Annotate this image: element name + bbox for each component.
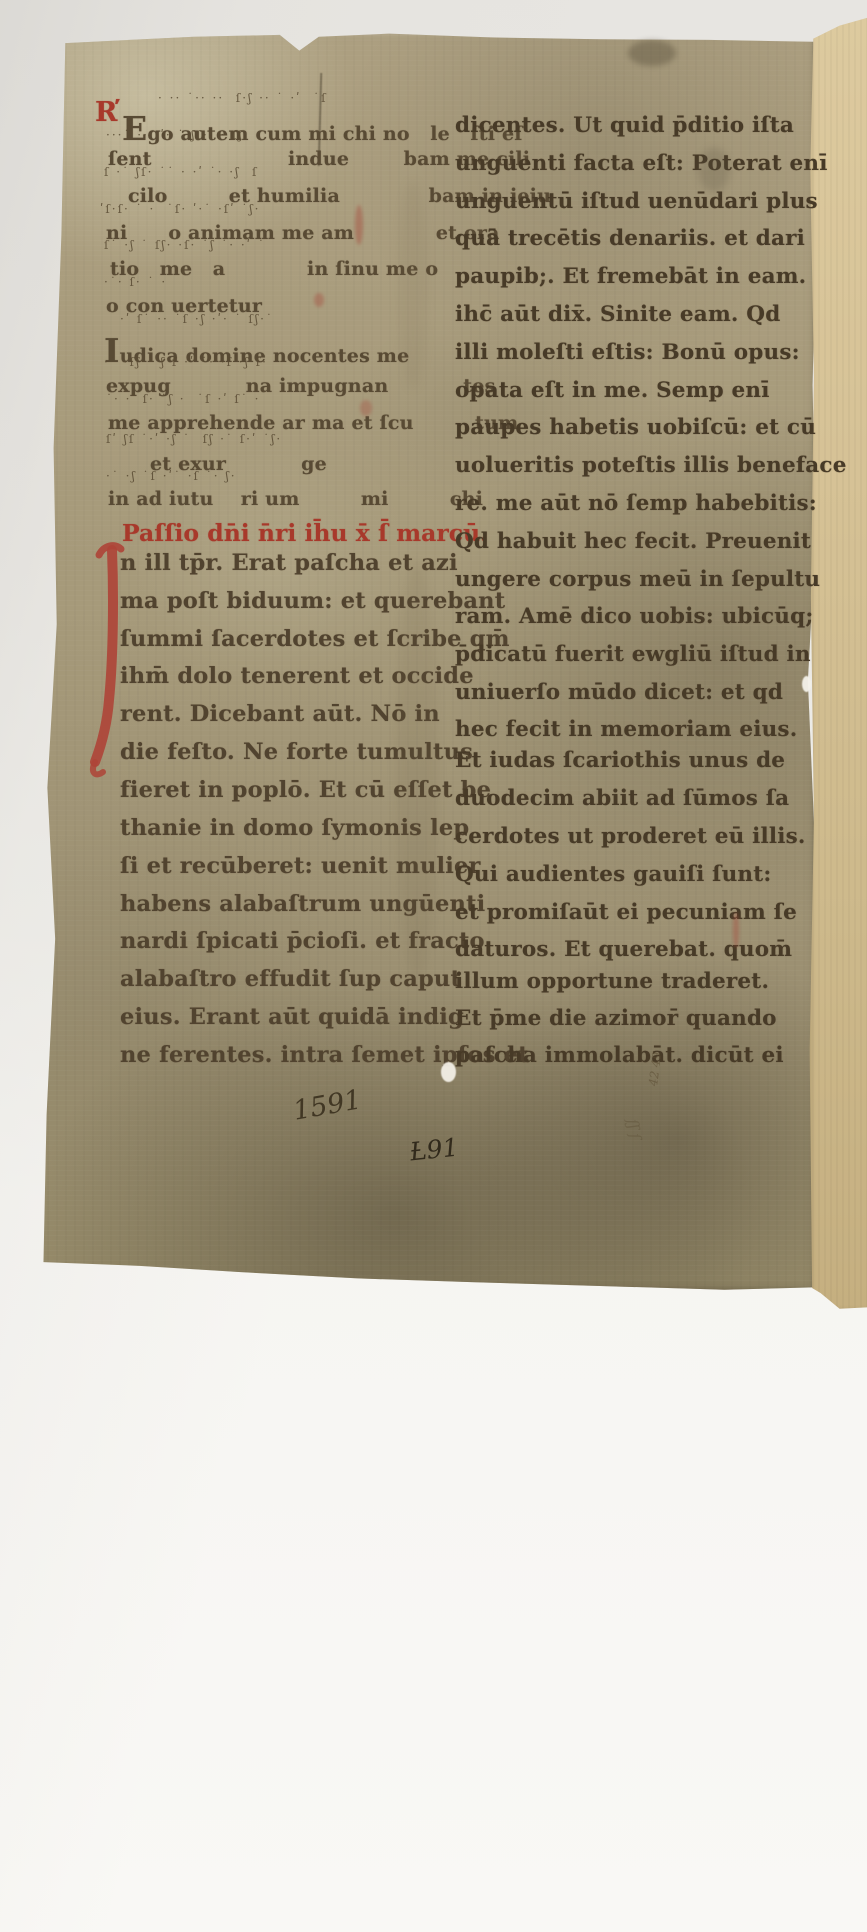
neume-row: ·˙ ·ſʃ ˙ ʃ ſ ·ʹ ˙· ·ſ ·ʃ ſ· [104, 355, 268, 369]
manuscript-line: Qui audientes gauiſi ſunt: [455, 864, 772, 887]
manuscript-line: daturos. Et querebat. quom̄ [455, 939, 792, 962]
neume-row: ·ʹ ſ˙ ·· ˙ſ ·ʃ ·ʹ· ˙ ſʃ·˙ [120, 312, 274, 326]
manuscript-line: ſummi ſacerdotes et ſcribe qm̄ [120, 628, 510, 652]
neume-row: ſ˙ ·ʃ ˙ ſʃ· ·ſ· ˙ʃ ˙· ·ʹ ˙ [104, 238, 266, 252]
manuscript-line: duodecim abiit ad ſūmos ſa [455, 788, 789, 811]
manuscript-line: opata eſt in me. Semp enī [455, 380, 770, 403]
manuscript-line: ſi et recūberet: uenit mulier [120, 855, 481, 879]
manuscript-line: quā trecētis denariis. et dari [455, 228, 805, 251]
faint-scribble-curl: ſʃ ſ [623, 1118, 644, 1141]
manuscript-line: Et p̄me die azimor̄ quando [455, 1008, 777, 1031]
manuscript-line: cerdotes ut proderet eū illis. [455, 826, 806, 849]
manuscript-line: p̄dicatū fuerit ewgliū iſtud in [455, 644, 811, 667]
neume-row: ·˙ ·ʃ ˙ſ ·ʹ˙ ·ſ ˙· ʃ· [106, 469, 237, 483]
manuscript-line: eius. Erant aūt quidā indig [120, 1006, 464, 1030]
manuscript-line: unguenti facta eſt: Poterat enī [455, 153, 828, 176]
manuscript-line: paupes habetis uobiſcū: et cū [455, 417, 816, 440]
manuscript-line: Et iudas ſcariothis unus de [455, 750, 785, 773]
manuscript-line: ihc̄ aūt dix̄. Sinite eam. Qd [455, 304, 780, 327]
manuscript-line: Qd habuit hec fecit. Preuenit [455, 531, 811, 554]
manuscript-line: ungere corpus meū in ſepultu [455, 569, 820, 592]
neume-row: ·˙· ſ· ˙ · [104, 275, 167, 289]
neume-row: ···˙ ·· ·ʹ· ˙ ʃſ· · ſʃ [106, 128, 244, 142]
passion-rubric: Paſſio dn̄i n̄ri ih̄u x̄ ſ̄ marcū. [122, 519, 488, 547]
chant-line: in ad iutu ri um mi chi [108, 490, 483, 510]
manuscript-line: et promiſaūt ei pecuniam ſe [455, 902, 797, 925]
manuscript-line: hec fecit in memoriam eius. [455, 719, 797, 742]
manuscript-line: ma poſt biduum: et querebant [120, 590, 505, 614]
neume-row: · ·· ˙·· ·· ſ·ʃ ·· ˙ ·ʹ ˙ſ [158, 91, 328, 105]
manuscript-photo: R̕ Ego autem cum mi chi no le ſti eſſent… [0, 0, 867, 1932]
neume-row: ʹſ·ſ· ˙ · ˙ſ· ʹ·˙ ·ſʹ ˙ʃ· [100, 202, 260, 216]
manuscript-line: fieret in poplō. Et cū eſſet be [120, 779, 491, 803]
manuscript-line: die feſto. Ne forte tumultus [120, 741, 473, 765]
manuscript-line: thanie in domo ſymonis lep [120, 817, 469, 841]
neume-row: ſʹ ʃſ ˙·ʹ ·ʃ ˙ ſʃ ·˙ ſ·ʹ ˙ʃ· [106, 432, 282, 446]
neume-row: ˙· ·ʹ ſ· ˙ʃ · ˙ſ ·ʹ ſ˙ · [106, 392, 260, 406]
manuscript-line: unguentū iſtud uenūdari plus [455, 191, 818, 214]
responsory-mark: R̕ [95, 97, 117, 128]
manuscript-line: n ill tp̄r. Erat paſcha et azi [120, 552, 458, 576]
manuscript-line: re. me aūt nō ſemp habebitis: [455, 493, 817, 516]
manuscript-line: ram. Amē dico uobis: ubicūq; [455, 606, 814, 629]
manuscript-line: uolueritis poteſtis illis beneface [455, 455, 847, 478]
manuscript-line: rent. Dicebant aūt. Nō in [120, 703, 440, 727]
shelfmark-L91: Ƚ91 [409, 1133, 460, 1167]
manuscript-line: dicentes. Ut quid p̄ditio iſta [455, 115, 794, 138]
manuscript-line: paupib;. Et fremebāt in eam. [455, 266, 806, 289]
manuscript-line: illi moleſti eſtis: Bonū opus: [455, 342, 800, 365]
manuscript-line: ihm̄ dolo tenerent et occide [120, 665, 474, 689]
manuscript-line: habens alabaſtrum ungūenti [120, 893, 485, 917]
neume-row: ſ ·˙ ʃſ· ˙˙ · ·ʹ ˙· ·ʃ ſ [104, 165, 258, 179]
manuscript-line: nardi ſpicati p̄cioſi. et fracto [120, 930, 485, 954]
manuscript-line: uniuerſo mūdo dicet: et qd [455, 682, 783, 705]
manuscript-line: illum opportune traderet. [455, 971, 769, 994]
manuscript-line: alabaſtro effudit ſup caput [120, 968, 461, 992]
manuscript-line: paſcha immolabāt. dicūt ei [455, 1045, 784, 1068]
